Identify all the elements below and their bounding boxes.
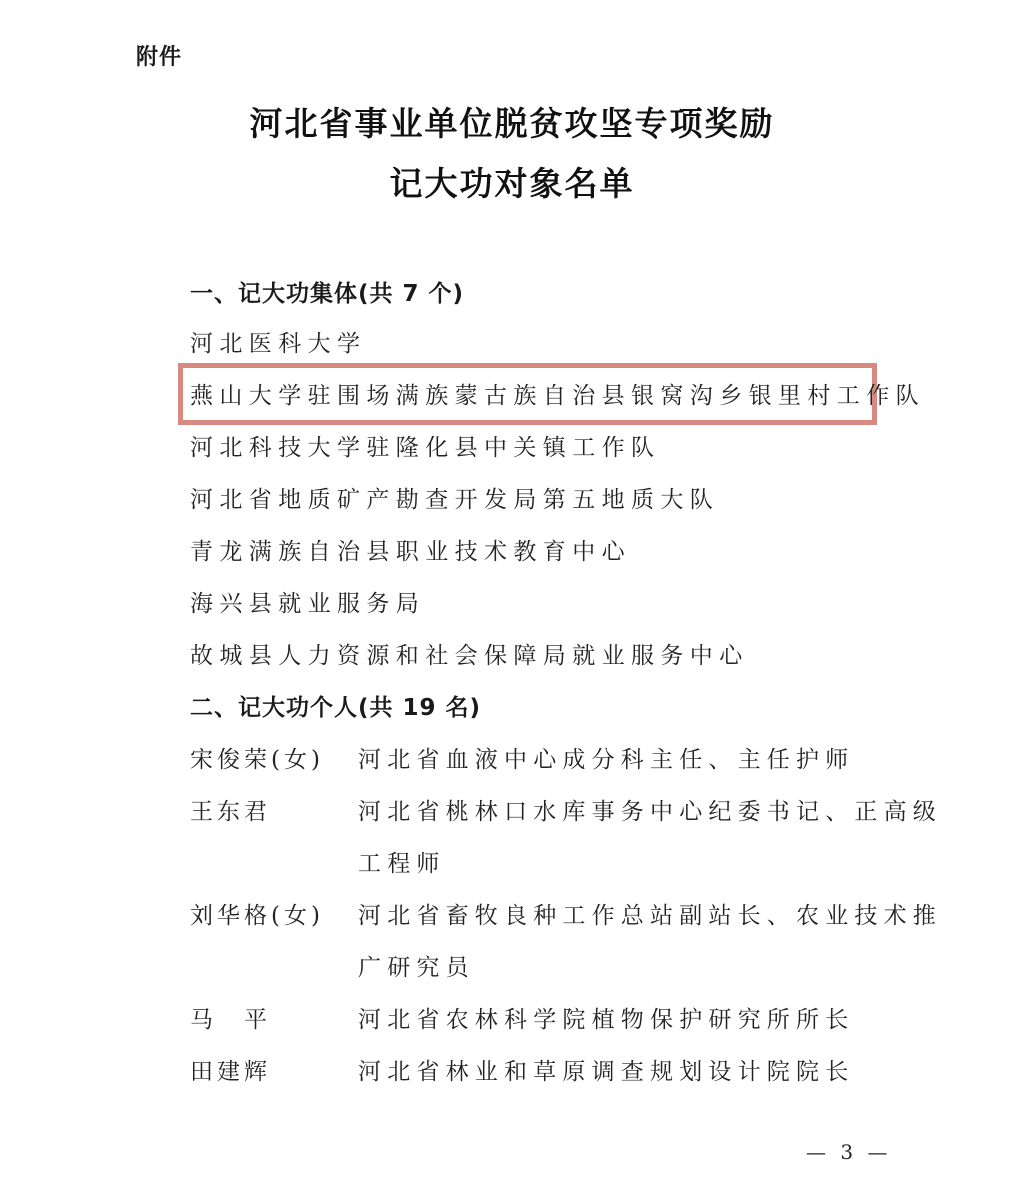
collective-item: 河北科技大学驻隆化县中关镇工作队 <box>190 429 660 462</box>
person-name: 王东君 <box>190 793 271 826</box>
person-title: 河北省血液中心成分科主任、主任护师 <box>358 741 854 774</box>
collective-item: 青龙满族自治县职业技术教育中心 <box>190 533 631 566</box>
document-title-line2: 记大功对象名单 <box>0 158 1024 205</box>
page-number: — 3 — <box>806 1140 891 1164</box>
document-title-line1: 河北省事业单位脱贫攻坚专项奖励 <box>0 98 1024 145</box>
person-title: 河北省畜牧良种工作总站副站长、农业技术推 <box>358 897 942 930</box>
collective-item: 故城县人力资源和社会保障局就业服务中心 <box>190 637 749 670</box>
section-heading-collectives: 一、记大功集体(共 7 个) <box>190 275 464 308</box>
person-name: 刘华格(女) <box>190 897 324 930</box>
person-title: 河北省林业和草原调查规划设计院院长 <box>358 1053 854 1086</box>
attachment-label: 附件 <box>136 40 182 71</box>
collective-item: 河北省地质矿产勘查开发局第五地质大队 <box>190 481 719 514</box>
person-name: 田建辉 <box>190 1053 271 1086</box>
person-name: 马 平 <box>190 1001 271 1034</box>
collective-item: 海兴县就业服务局 <box>190 585 425 618</box>
person-title-continued: 工程师 <box>358 845 446 878</box>
collective-item: 河北医科大学 <box>190 325 366 358</box>
person-title-continued: 广研究员 <box>358 949 475 982</box>
person-title: 河北省农林科学院植物保护研究所所长 <box>358 1001 854 1034</box>
person-title: 河北省桃林口水库事务中心纪委书记、正高级 <box>358 793 942 826</box>
section-heading-individuals: 二、记大功个人(共 19 名) <box>190 689 481 722</box>
collective-item-highlighted: 燕山大学驻围场满族蒙古族自治县银窝沟乡银里村工作队 <box>190 377 925 410</box>
person-name: 宋俊荣(女) <box>190 741 324 774</box>
